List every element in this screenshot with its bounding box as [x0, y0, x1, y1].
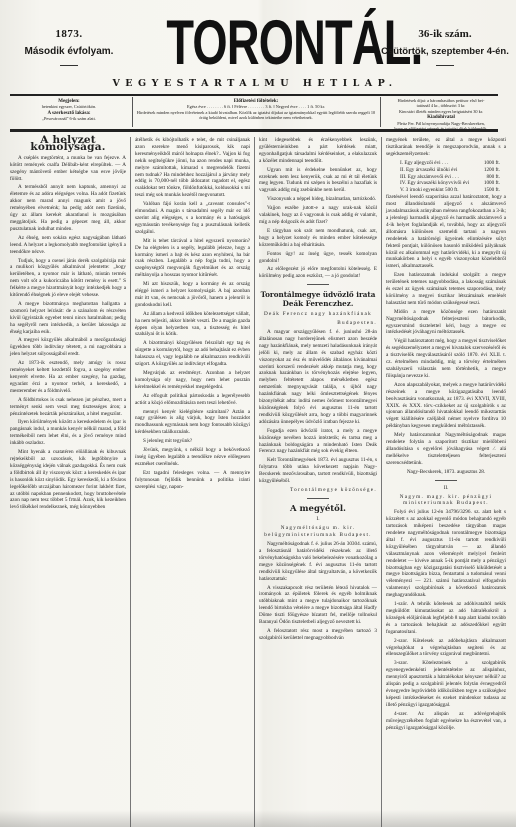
- publication-info: Megjelen: hetenkint egyszer, Csütörtökön…: [10, 97, 128, 128]
- paragraph: Végül határoztatott még, hogy a megyei t…: [386, 338, 506, 379]
- paragraph: A bizottmányi közgyűlésen felszólalt egy…: [135, 340, 250, 368]
- paragraph: Ugyan mit is érdekelne bennünket az, hog…: [259, 167, 377, 195]
- divider: [436, 65, 454, 66]
- info-heading: Előfizetési föltételek:: [234, 99, 279, 104]
- salary-row: I. Egy aljegyzői évi . . .1000 ft.: [386, 160, 506, 167]
- volume-label: Második évfolyam.: [14, 46, 124, 57]
- masthead-left: 1873. Második évfolyam.: [14, 28, 124, 66]
- paragraph: Az 1873-ik esztendő, mely amúgy is rossz…: [10, 360, 126, 395]
- salary-amount: 1000 ft.: [484, 160, 500, 167]
- paragraph: A magyar országgyűlésen f. é. juniushó 2…: [259, 329, 377, 426]
- article-column-2: átélhetik és kibójtolhatik e telet, de m…: [135, 137, 250, 493]
- paragraph: Midőn a megye közönsége ezen határozatát…: [386, 309, 506, 337]
- paragraph: Az előlegezést jó előre megfontolni köte…: [259, 266, 377, 280]
- paragraph: kint idegesebbek és érzékenyebbek leszün…: [259, 137, 377, 165]
- header-rule: [10, 94, 498, 96]
- info-heading: Kiadóhivatal: [427, 115, 455, 120]
- salary-label: II. Egy árvaszéki ülnöki évi: [400, 167, 457, 174]
- paragraph: fizetésével leendő szaporítása azzal hat…: [386, 194, 506, 270]
- paragraph: A terméssből annyit nem kaptunk, amennyi…: [10, 184, 126, 232]
- newspaper-page: 1873. Második évfolyam. TORONTÁL. VEGYES…: [0, 0, 516, 827]
- article-column-1: A helyzet komolysága. A cséplés megtörté…: [10, 137, 126, 513]
- issue-date: Csütörtök, szeptember 4-én.: [380, 46, 510, 57]
- paragraph: Valóban fájó korán kell a „caveant consu…: [135, 201, 250, 236]
- divider: [307, 498, 329, 499]
- info-heading: Megjelen:: [58, 99, 79, 104]
- paragraph: Mint hyenák a csatatéren előállának és k…: [10, 449, 126, 511]
- article-column-3: kint idegesebbek és érzékenyebbek leszün…: [259, 137, 377, 644]
- paragraph: Jövünk, megyünk, s nélkül hogy a bekövet…: [135, 447, 250, 468]
- addressee: Nagym. magy. kir. pénzügyi ministeriumna…: [386, 494, 506, 508]
- addressee: Nagyméltóságu m. kir. belügyministeriumn…: [259, 525, 377, 539]
- paragraph: Ezt tagadni felesleges volna. — A mennyi…: [135, 470, 250, 491]
- paragraph: mennyi kenyér kielégítésre számítani? Az…: [135, 409, 250, 437]
- issue-number: 36-ik szám.: [380, 28, 510, 40]
- signature: Torontálmegye közönsége.: [259, 487, 377, 494]
- masthead-right: 36-ik szám. Csütörtök, szeptember 4-én.: [380, 28, 510, 66]
- salary-row: II. Egy árvaszéki ülnöki évi1200 ft.: [386, 167, 506, 174]
- info-heading: A szerkesztő lakása:: [47, 111, 90, 116]
- column-divider: [381, 137, 382, 827]
- salary-label: III. Egy alszámvevői évi . . .: [400, 174, 459, 181]
- info-text: Hirdetések minden nyelven fölvétetnek a …: [137, 110, 375, 120]
- subscription-terms: Előfizetési föltételek: Egész évre . . .…: [136, 97, 376, 128]
- divider: [380, 97, 381, 127]
- place: Budapesten.: [259, 320, 377, 327]
- paragraph: Mely határozatunkat Nagyméltóságodnak ma…: [386, 432, 506, 467]
- paragraph: 1-ször. A tehrük kötelesek az adóhivatal…: [386, 601, 506, 636]
- masthead: TORONTÁL.: [140, 12, 380, 70]
- paragraph: Ezen határozatnak indokául szolgált: a m…: [386, 272, 506, 307]
- paragraph: Viszonyunk a néppel hideg, bizalmatlan, …: [259, 196, 377, 203]
- paragraph: Fogadja ezen üdvözlő iratot, a mely a me…: [259, 428, 377, 456]
- section-number: II.: [386, 485, 506, 492]
- paragraph: A földbirtokos is csak nehezen jut pénzh…: [10, 397, 126, 418]
- paragraph: Az állam a kedvező időkben kötelezettség…: [135, 311, 250, 339]
- paragraph: Az éhség, nem sokára egész nagyságában l…: [10, 235, 126, 256]
- paragraph: Azon alapszabályokat, melyek a megye hat…: [386, 382, 506, 430]
- column-divider: [254, 137, 255, 827]
- paragraph: Nagyméltóságodnak f. é. julius 26-án 303…: [259, 541, 377, 582]
- paragraph: A visszakapcsolt rész területén létező h…: [259, 585, 377, 626]
- paragraph: S jelenleg mit tegyünk?: [135, 438, 250, 445]
- paragraph: 4-szer. Az alispán az adóvégrehajtók műv…: [386, 711, 506, 732]
- price-list: Egész évre . . . . . . . . 6 ft. ‖ Félév…: [187, 104, 325, 109]
- paragraph: 2-szor. Kötelesek az adóbehajtásra alkal…: [386, 638, 506, 659]
- divider: [132, 97, 133, 127]
- info-text: Hirdetések díjai: a háromhasábos petitso…: [398, 98, 485, 103]
- paragraph: Fontos ügy! az ínség ügye, tessék komoly…: [259, 251, 377, 265]
- paragraph: A felosztatott rész most a megyében tart…: [259, 628, 377, 642]
- article-headline: A helyzet komolysága.: [10, 137, 126, 151]
- paragraph: Megvárjuk az eredményt. Azonban a helyze…: [135, 370, 250, 391]
- paragraph: A cséplés megtörtént, a munka be van fej…: [10, 155, 126, 183]
- info-text: tatásnál 4 kr., többszöri 3 kr.: [417, 103, 466, 108]
- article-headline: A megyétől.: [259, 505, 377, 514]
- dateline: Nagy-Becskerek, 1873. augusztus 28.: [386, 469, 506, 476]
- newspaper-subtitle: VEGYESTARTALMU HETILAP.: [100, 78, 410, 89]
- publication-year: 1873.: [14, 28, 124, 40]
- advertising-info: Hirdetések díjai: a háromhasábos petitso…: [384, 97, 498, 128]
- paragraph: Vajjon eszébe jutott-e a nagy urak-nak k…: [259, 205, 377, 226]
- divider: [435, 480, 457, 481]
- paragraph: Folyó évi julius 12-én 34796/3296. sz. a…: [386, 509, 506, 599]
- info-text: Pleitz Fer. Pál könyvnyomdája Nagy-Becsk…: [397, 121, 485, 126]
- paragraph: átélhetik és kibójtolhatik e telet, de m…: [135, 137, 250, 199]
- paragraph: A megyei közgyűlés alkalmából a mezőgazd…: [10, 337, 126, 358]
- subscription-info-bar: Megjelen: hetenkint egyszer, Csütörtökön…: [10, 97, 498, 127]
- paragraph: Mit is tehet tárcával a hitel egyszerű n…: [135, 238, 250, 279]
- salary-label: I. Egy aljegyzői évi . . .: [400, 160, 448, 167]
- paragraph: Ilyen körülmények között a kereskedelem …: [10, 419, 126, 447]
- paragraph: E tárgyban sok szót nem mondhatunk, csak…: [259, 228, 377, 249]
- page-edge-shadow: [0, 810, 516, 827]
- section-number: I.: [259, 516, 377, 523]
- divider: [60, 65, 78, 66]
- info-text: Kincstári illeték minden egyes beigtatás…: [399, 109, 483, 114]
- paragraph: megyének területe, ez által a megye közp…: [386, 137, 506, 158]
- article-headline: Torontálmegye üdvözlő irata Deák Ferencz…: [259, 291, 377, 308]
- paragraph: 3-szor. Kötelezteinek a szolgabírók egye…: [386, 660, 506, 708]
- salutation: Deák Ferencz nagy hazánkfiának: [259, 311, 377, 318]
- paragraph: Kelt Torontálmegyének 1873. évi augusztu…: [259, 457, 377, 485]
- paragraph: Mi azt hiszszük, hogy a kormány és az or…: [135, 281, 250, 309]
- salary-amount: 1200 ft.: [484, 167, 500, 174]
- info-text: hetenkint egyszer, Csütörtökön.: [42, 104, 96, 109]
- paragraph: Tudjuk, hogy a csenei járás derék szolga…: [10, 258, 126, 299]
- divider: [307, 284, 329, 285]
- paragraph: Az elfogult politikai pártoskodás a lege…: [135, 393, 250, 407]
- info-text: „Pesovárosnál" 6-ik szám alatt.: [42, 116, 96, 121]
- newspaper-title: TORONTÁL.: [166, 12, 353, 75]
- header-rule: [10, 129, 498, 132]
- column-divider: [130, 137, 131, 827]
- paragraph: A megye bizottmánya meghatottan hallgatt…: [10, 301, 126, 336]
- article-column-4: megyének területe, ez által a megye közp…: [386, 137, 506, 733]
